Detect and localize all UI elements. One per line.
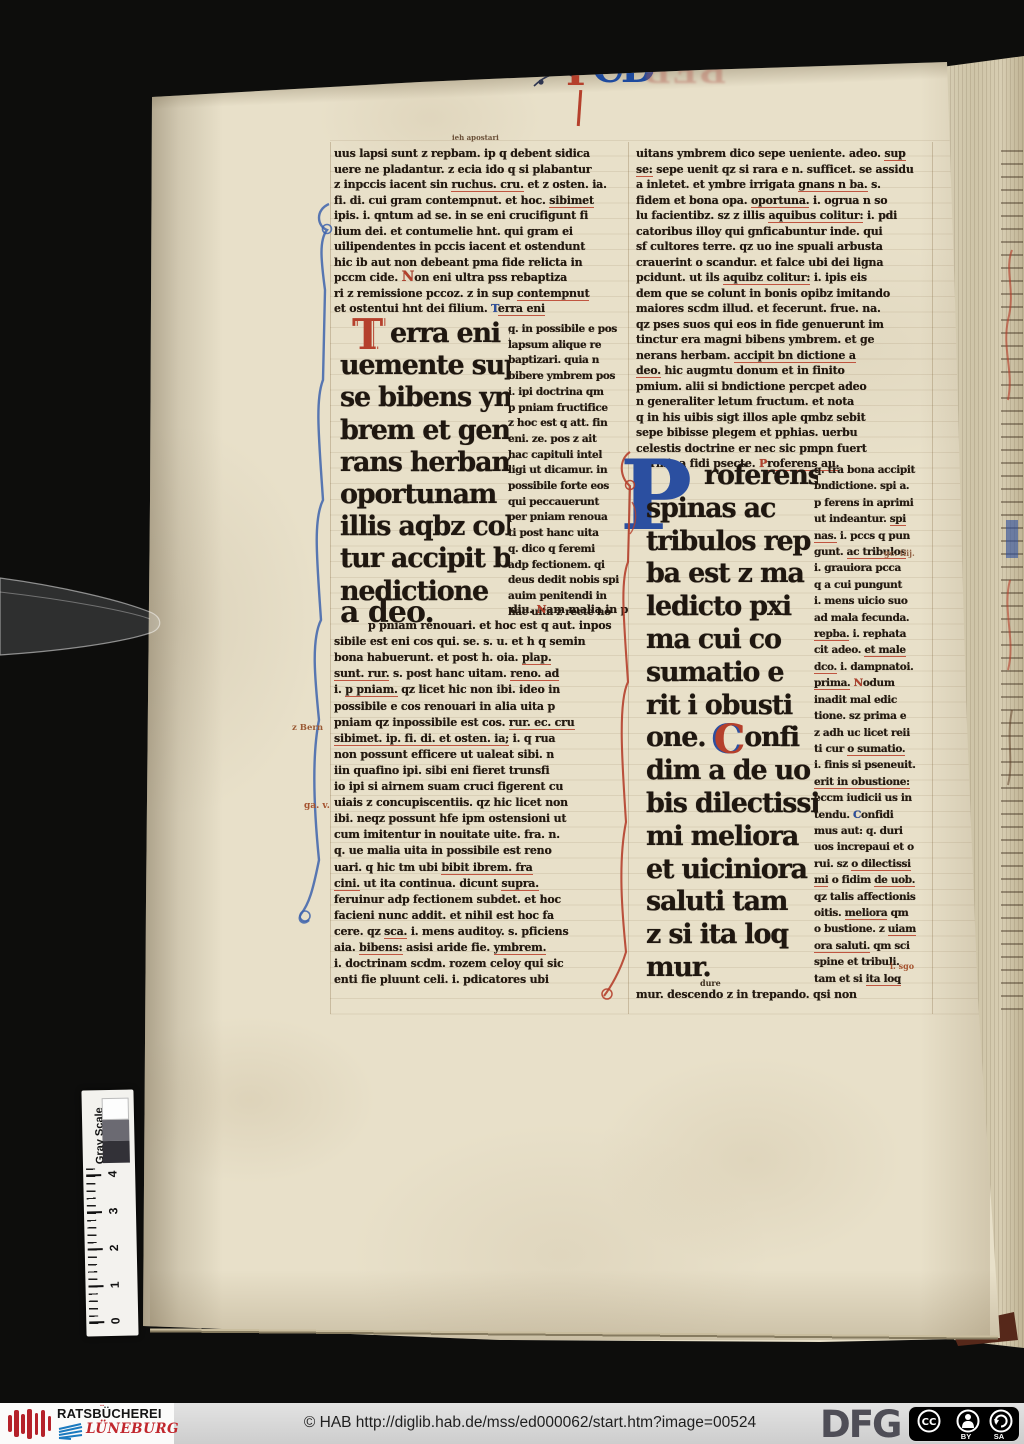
cc-by-sa-badge[interactable]: CC BY SA (908, 1406, 1020, 1442)
ruler-number: 1 (109, 1281, 121, 1288)
interlinear-note-top: ieh apostari (452, 134, 499, 141)
right-column-bottom-line: mur. descendo z in trepando. qsi non (636, 987, 934, 1005)
library-bars-icon (8, 1408, 56, 1439)
red-penwork-flourish-icon (598, 442, 644, 1007)
ruler-major-tick (86, 1174, 101, 1176)
cc-icons: CC (911, 1409, 1019, 1434)
cc-sa-label: SA (987, 1433, 1011, 1441)
library-city: LÜNEBURG (86, 1423, 179, 1437)
ruler-number: 2 (108, 1244, 120, 1251)
bleedthrough-header: BEB (642, 56, 726, 88)
ruler-major-tick (89, 1285, 104, 1287)
gutter-shadow (143, 58, 223, 1338)
grayscale-calibration-ruler: Gray Scale 4 3 2 1 0 (81, 1089, 138, 1336)
left-column-lower-gloss: diu. Nam malia in possibile ep pniam ren… (334, 602, 628, 992)
marginal-note-gc-iiij: gc. iiij. (884, 549, 915, 557)
marginal-note-sgo: i. sgo (890, 962, 914, 970)
red-umlaut-dots: ¨ (98, 1405, 106, 1415)
left-column-lemma-text: erra eni sepeuemente supse bibens ymbrem… (340, 318, 510, 610)
manuscript-page: F CD BEB .lv.) ieh apostari uus lapsi su… (0, 0, 1024, 1444)
pencil-inscription: .lv.) (158, 62, 207, 96)
credit-link[interactable]: © HAB http://diglib.hab.de/mss/ed000062/… (250, 1414, 810, 1433)
grayscale-patch-white (102, 1098, 129, 1121)
ruler-number: 4 (106, 1170, 118, 1177)
ruler-major-tick (88, 1248, 103, 1250)
dfg-logo: DFG (820, 1404, 900, 1444)
right-column-top-gloss: uitans ymbrem dico sepe ueniente. adeo. … (636, 146, 934, 474)
digitized-manuscript-viewer: F CD BEB .lv.) ieh apostari uus lapsi su… (0, 0, 1024, 1444)
interlinear-note-dure: dure (700, 979, 721, 987)
cc-by-label: BY (954, 1433, 978, 1441)
grayscale-patch-mid (102, 1120, 129, 1142)
next-page-decoration-fragments (998, 240, 1024, 800)
marginal-note-ga-v: ga. v. (304, 802, 330, 811)
library-name: RATSBÜCHEREI (57, 1407, 162, 1420)
ruler-number: 3 (107, 1207, 119, 1214)
plexiglass-clamp (0, 556, 182, 668)
svg-text:CC: CC (922, 1417, 937, 1428)
ruler-major-tick (89, 1321, 104, 1323)
left-column-top-gloss: uus lapsi sunt z repbam. ip q debent sid… (334, 146, 630, 318)
ruler-number: 0 (110, 1317, 122, 1324)
book-fan-icon (57, 1423, 84, 1440)
running-title-letter-red: F (566, 52, 594, 92)
right-column-lemma-text: roferens aspinas actribulos repba est z … (646, 460, 818, 988)
grayscale-patch-dark (102, 1141, 129, 1164)
library-logo-panel: RATSBÜCHEREI ¨ LÜNEBURG (0, 1403, 174, 1444)
ruler-major-tick (87, 1211, 102, 1213)
marginal-note-bern: z Bern (292, 724, 323, 733)
right-column-side-gloss: q. tra bona accipitbndictione. spi a.p f… (814, 462, 936, 990)
footer-bar: RATSBÜCHEREI ¨ LÜNEBURG © HAB http://dig… (0, 1403, 1024, 1444)
